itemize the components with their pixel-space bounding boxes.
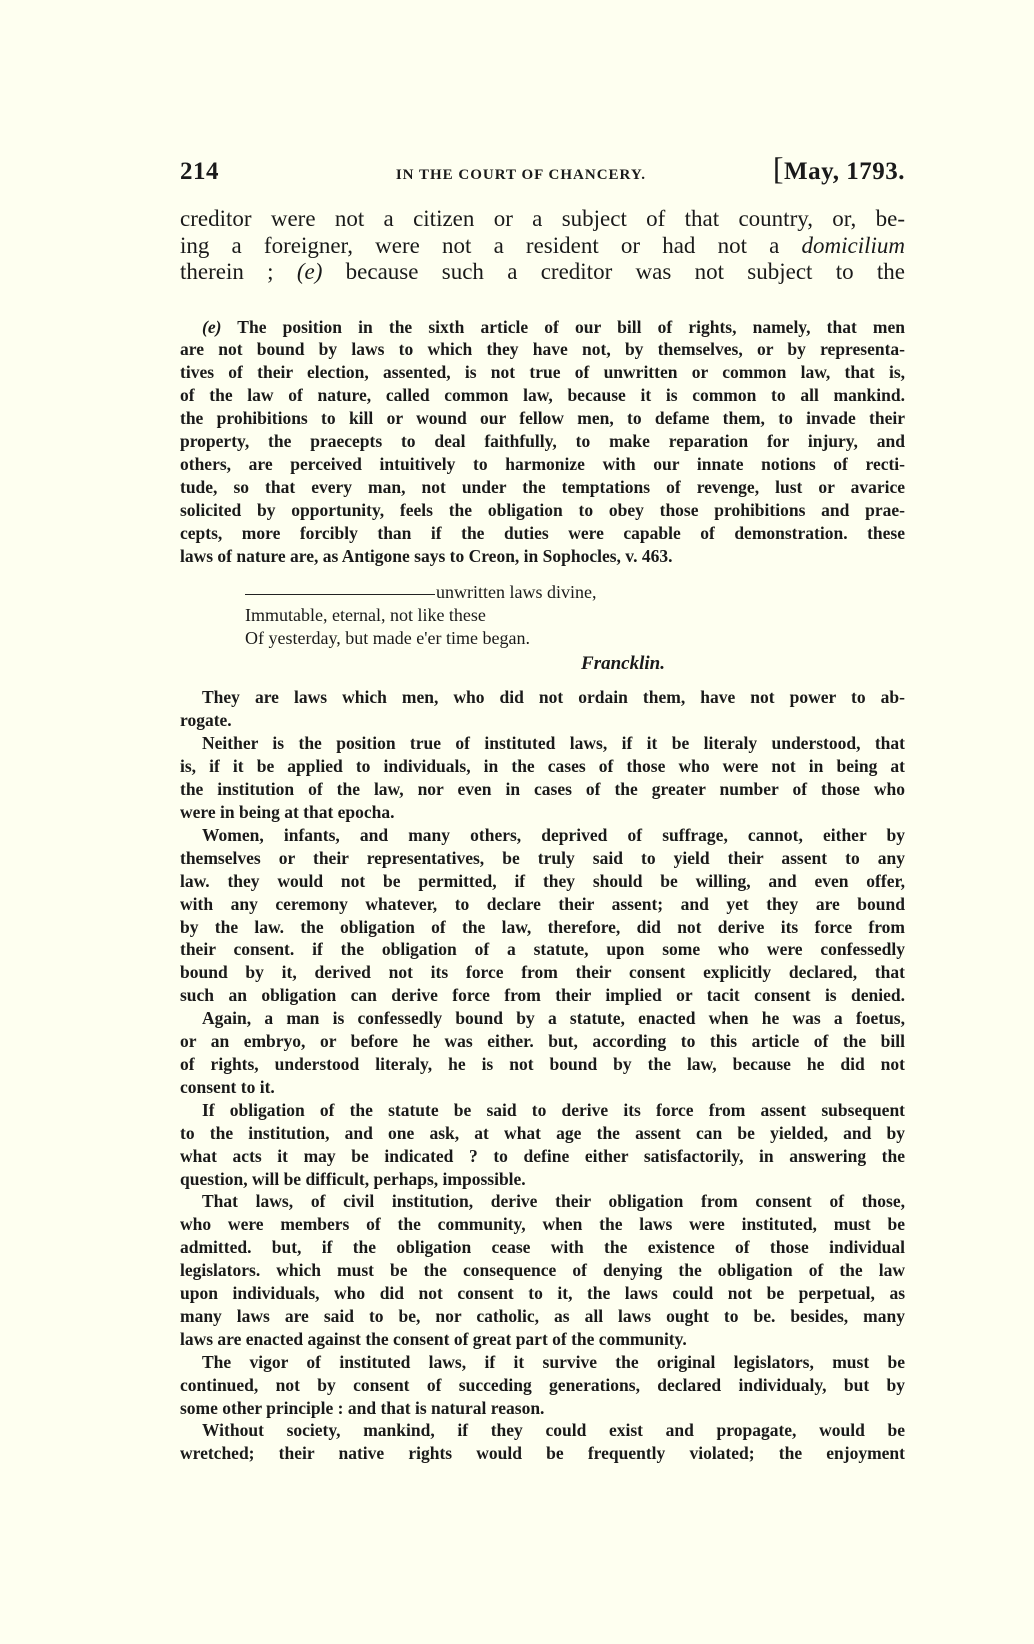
footnote-line: of rights, understood literaly, he is no… (180, 1053, 905, 1076)
footnote-line: upon individuals, who did not consent to… (180, 1282, 905, 1305)
footnote-line: If obligation of the statute be said to … (180, 1099, 905, 1122)
running-title: IN THE COURT OF CHANCERY. (396, 167, 646, 184)
page-number: 214 (180, 158, 219, 186)
book-page: 214 IN THE COURT OF CHANCERY. [May, 1793… (180, 150, 905, 1465)
footnote-line: (e) The position in the sixth article of… (180, 316, 905, 339)
footnote-line: Women, infants, and many others, deprive… (180, 824, 905, 847)
footnote-line: themselves or their representatives, be … (180, 847, 905, 870)
date-bracket: [ (773, 150, 784, 186)
footnote-line: such an obligation can derive force from… (180, 984, 905, 1007)
footnote-line: That laws, of civil institution, derive … (180, 1190, 905, 1213)
footnote-line: solicited by opportunity, feels the obli… (180, 499, 905, 522)
footnote-line: The vigor of instituted laws, if it surv… (180, 1351, 905, 1374)
verse-dash (245, 594, 435, 595)
footnote-line: many laws are said to be, nor catholic, … (180, 1305, 905, 1328)
footnote-line: is, if it be applied to individuals, in … (180, 755, 905, 778)
footnote-line: consent to it. (180, 1076, 905, 1099)
text-run: ing a foreigner, were not a resident or … (180, 233, 802, 258)
footnote-line: legislators. which must be the consequen… (180, 1259, 905, 1282)
text-run: because such a creditor was not subject … (322, 259, 905, 284)
footnote-marker: (e) (202, 317, 221, 337)
footnote-line: with any ceremony whatever, to declare t… (180, 893, 905, 916)
footnote-paragraph: If obligation of the statute be said to … (180, 1099, 905, 1191)
footnote-paragraph: That laws, of civil institution, derive … (180, 1190, 905, 1350)
main-text: creditor were not a citizen or a subject… (180, 206, 905, 286)
footnote-line: who were members of the community, when … (180, 1213, 905, 1236)
footnote-line: to the institution, and one ask, at what… (180, 1122, 905, 1145)
footnote-line: tives of their election, assented, is no… (180, 361, 905, 384)
footnote-line: admitted. but, if the obligation cease w… (180, 1236, 905, 1259)
footnote-line: the institution of the law, nor even in … (180, 778, 905, 801)
text-run: unwritten laws divine, (436, 582, 596, 602)
verse-line: unwritten laws divine, (245, 581, 905, 604)
footnote-line: were in being at that epocha. (180, 801, 905, 824)
running-head: 214 IN THE COURT OF CHANCERY. [May, 1793… (180, 150, 905, 184)
footnote-line: continued, not by consent of succeding g… (180, 1374, 905, 1397)
verse-quotation: unwritten laws divine, Immutable, eterna… (245, 581, 905, 650)
footnote-line: are not bound by laws to which they have… (180, 338, 905, 361)
footnote-line: their consent. if the obligation of a st… (180, 938, 905, 961)
footnote-line: question, will be difficult, perhaps, im… (180, 1168, 905, 1191)
main-text-line: creditor were not a citizen or a subject… (180, 206, 905, 233)
footnote-reference: (e) (297, 259, 323, 284)
footnote-line: tude, so that every man, not under the t… (180, 476, 905, 499)
footnote-line: law. they would not be permitted, if the… (180, 870, 905, 893)
main-text-line: ing a foreigner, were not a resident or … (180, 233, 905, 260)
footnote-line: what acts it may be indicated ? to defin… (180, 1145, 905, 1168)
footnote-line: the prohibitions to kill or wound our fe… (180, 407, 905, 430)
footnote-line: or an embryo, or before he was either. b… (180, 1030, 905, 1053)
footnote-line: cepts, more forcibly than if the duties … (180, 522, 905, 545)
footnote-line: Again, a man is confessedly bound by a s… (180, 1007, 905, 1030)
footnote-line: bound by it, derived not its force from … (180, 961, 905, 984)
footnote-line: wretched; their native rights would be f… (180, 1442, 905, 1465)
footnote-line: Without society, mankind, if they could … (180, 1419, 905, 1442)
text-run: The position in the sixth article of our… (237, 317, 905, 337)
footnote-paragraph: The vigor of instituted laws, if it surv… (180, 1351, 905, 1420)
verse-attribution: Francklin. (180, 650, 665, 678)
text-run: therein ; (180, 259, 297, 284)
footnote-line: by the law. the obligation of the law, t… (180, 916, 905, 939)
italic-term: domicilium (802, 233, 906, 258)
footnote-line: laws are enacted against the consent of … (180, 1328, 905, 1351)
footnote-paragraph: Neither is the position true of institut… (180, 732, 905, 824)
footnote-line: property, the praecepts to deal faithful… (180, 430, 905, 453)
date-text: May, 1793. (784, 158, 905, 185)
footnote-line: laws of nature are, as Antigone says to … (180, 545, 905, 568)
footnote-line: rogate. (180, 709, 905, 732)
running-date: [May, 1793. (773, 150, 905, 187)
footnote-line: others, are perceived intuitively to har… (180, 453, 905, 476)
verse-line: Of yesterday, but made e'er time began. (245, 627, 905, 650)
footnote-line: of the law of nature, called common law,… (180, 384, 905, 407)
footnote-paragraph: They are laws which men, who did not ord… (180, 686, 905, 732)
footnote-line: They are laws which men, who did not ord… (180, 686, 905, 709)
main-text-line: therein ; (e) because such a creditor wa… (180, 259, 905, 286)
footnote-paragraph: Without society, mankind, if they could … (180, 1419, 905, 1465)
text-run: creditor were not a citizen or a subject… (180, 206, 905, 231)
footnote-line: some other principle : and that is natur… (180, 1397, 905, 1420)
footnote-paragraph: Again, a man is confessedly bound by a s… (180, 1007, 905, 1099)
footnote-paragraph: Women, infants, and many others, deprive… (180, 824, 905, 1007)
footnote-line: Neither is the position true of institut… (180, 732, 905, 755)
footnote-e: (e) The position in the sixth article of… (180, 316, 905, 1466)
verse-line: Immutable, eternal, not like these (245, 604, 905, 627)
